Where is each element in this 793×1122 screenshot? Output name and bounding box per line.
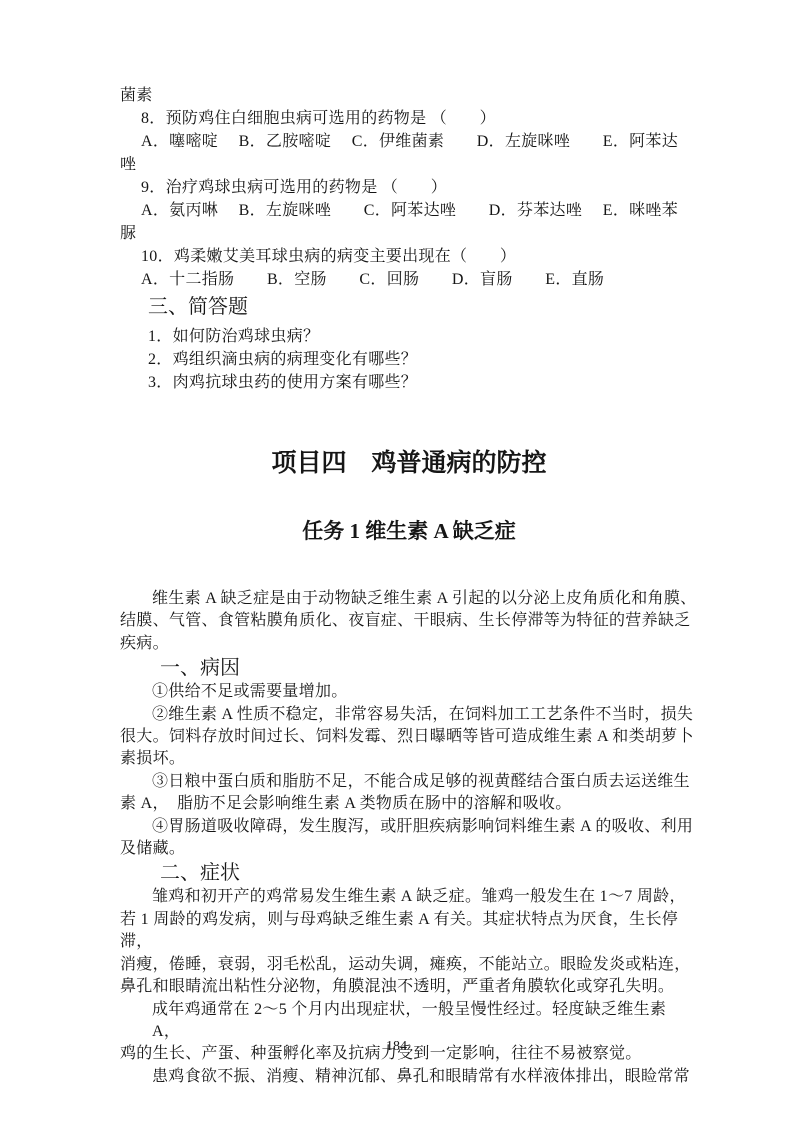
mc-carryover-line: 菌素 — [120, 84, 698, 107]
cause-section-heading: 一、病因 — [120, 655, 698, 681]
short-answer-item: 3．肉鸡抗球虫药的使用方案有哪些？ — [120, 371, 698, 394]
intro-line: 疾病。 — [120, 633, 698, 655]
mc-q9-stem: 9．治疗鸡球虫病可选用的药物是 （ ） — [120, 176, 698, 199]
symptom-section-heading: 二、症状 — [120, 860, 698, 886]
intro-line: 维生素 A 缺乏症是由于动物缺乏维生素 A 引起的以分泌上皮角质化和角膜、 — [120, 588, 698, 610]
task-title: 任务 1 维生素 A 缺乏症 — [120, 517, 698, 545]
cause-line: ④胃肠道吸收障碍，发生腹泻，或肝胆疾病影响饲料维生素 A 的吸收、利用 — [120, 816, 698, 838]
document-page: 菌素 8．预防鸡住白细胞虫病可选用的药物是 （ ） A．噻嘧啶 B．乙胺嘧啶 C… — [0, 0, 793, 1122]
mc-q8-options: A．噻嘧啶 B．乙胺嘧啶 C．伊维菌素 D．左旋咪唑 E．阿苯达 — [120, 130, 698, 153]
intro-line: 结膜、气管、食管粘膜角质化、夜盲症、干眼病、生长停滞等为特征的营养缺乏 — [120, 610, 698, 632]
cause-line: 素损坏。 — [120, 748, 698, 770]
mc-q9-options-overflow: 脲 — [120, 222, 698, 245]
page-number: 184 — [0, 1038, 793, 1056]
symptom-line: 若 1 周龄的鸡发病，则与母鸡缺乏维生素 A 有关。其症状特点为厌食，生长停滞， — [120, 909, 698, 954]
cause-line: 很大。饲料存放时间过长、饲料发霉、烈日曝晒等皆可造成维生素 A 和类胡萝卜 — [120, 726, 698, 748]
cause-line: ②维生素 A 性质不稳定，非常容易失活，在饲料加工工艺条件不当时，损失 — [120, 704, 698, 726]
mc-q8-stem: 8．预防鸡住白细胞虫病可选用的药物是 （ ） — [120, 107, 698, 130]
symptom-line: 消瘦，倦睡，衰弱，羽毛松乱，运动失调，瘫痪，不能站立。眼睑发炎或粘连， — [120, 954, 698, 976]
cause-line: ①供给不足或需要量增加。 — [120, 681, 698, 703]
short-answer-item: 2．鸡组织滴虫病的病理变化有哪些？ — [120, 348, 698, 371]
symptom-line: 成年鸡通常在 2～5 个月内出现症状，一般呈慢性经过。轻度缺乏维生素 A， — [120, 999, 698, 1044]
project-title: 项目四 鸡普通病的防控 — [120, 448, 698, 480]
mc-q8-options-overflow: 唑 — [120, 153, 698, 176]
cause-line: 素 A， 脂肪不足会影响维生素 A 类物质在肠中的溶解和吸收。 — [120, 793, 698, 815]
short-answer-heading: 三、简答题 — [120, 294, 698, 320]
article-body: 维生素 A 缺乏症是由于动物缺乏维生素 A 引起的以分泌上皮角质化和角膜、 结膜… — [120, 588, 698, 1088]
symptom-line: 鼻孔和眼睛流出粘性分泌物，角膜混浊不透明，严重者角膜软化或穿孔失明。 — [120, 976, 698, 998]
mc-q10-stem: 10．鸡柔嫩艾美耳球虫病的病变主要出现在（ ） — [120, 245, 698, 268]
page-content: 菌素 8．预防鸡住白细胞虫病可选用的药物是 （ ） A．噻嘧啶 B．乙胺嘧啶 C… — [120, 84, 698, 1088]
cause-line: ③日粮中蛋白质和脂肪不足，不能合成足够的视黄醛结合蛋白质去运送维生 — [120, 771, 698, 793]
short-answer-item: 1．如何防治鸡球虫病？ — [120, 325, 698, 348]
mc-q10-options: A．十二指肠 B．空肠 C．回肠 D．盲肠 E．直肠 — [120, 268, 698, 291]
mc-q9-options: A．氨丙啉 B．左旋咪唑 C．阿苯达唑 D．芬苯达唑 E．咪唑苯 — [120, 199, 698, 222]
cause-line: 及储藏。 — [120, 838, 698, 860]
symptom-line: 患鸡食欲不振、消瘦、精神沉郁、鼻孔和眼睛常有水样液体排出，眼睑常常 — [120, 1066, 698, 1088]
symptom-line: 雏鸡和初开产的鸡常易发生维生素 A 缺乏症。雏鸡一般发生在 1～7 周龄， — [120, 886, 698, 908]
